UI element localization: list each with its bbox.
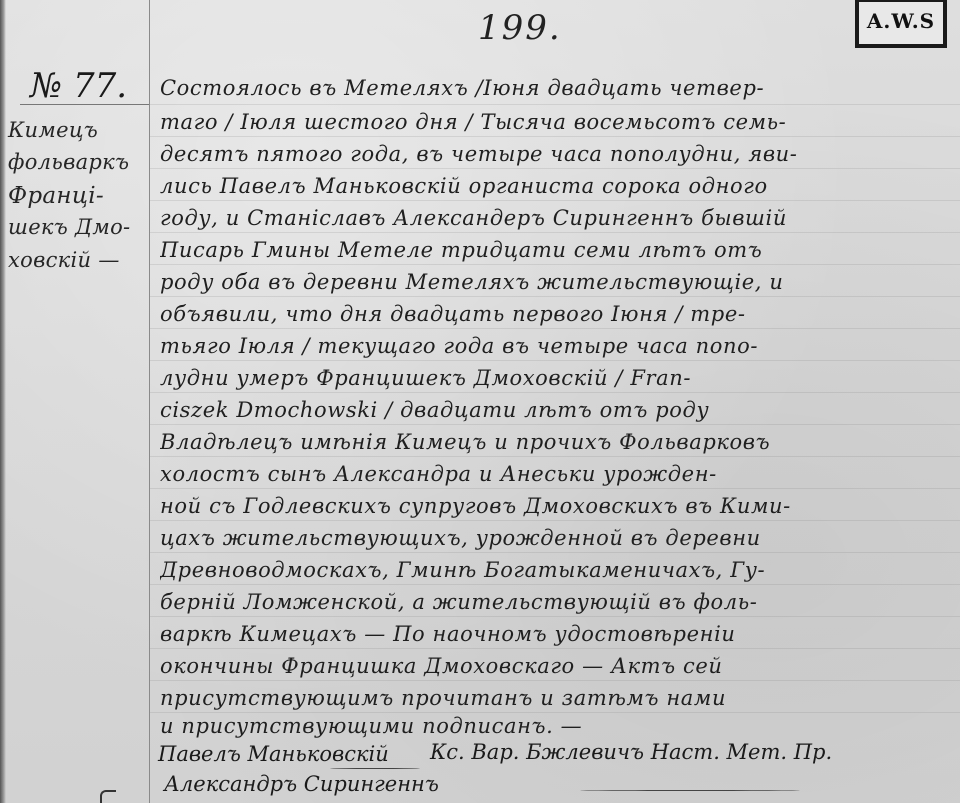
body-line: роду оба въ деревни Метеляхъ жительствую… [160,270,950,294]
body-line: ной съ Годлевскихъ супруговъ Дмоховскихъ… [160,494,950,518]
body-line: таго / Iюля шестого дня / Тысяча восемьс… [160,110,950,134]
body-line: варкѣ Кимецахъ — По наочномъ удостовѣрен… [160,622,950,646]
ruled-line [150,712,960,713]
next-entry-mark [100,790,116,803]
margin-note-line: Францi- [8,183,104,209]
ruled-line [150,392,960,393]
ruled-line [150,264,960,265]
margin-note-line: Кимецъ [8,118,98,142]
ruled-line [150,200,960,201]
ruled-line [150,136,960,137]
margin-note-line: фольваркъ [8,150,129,174]
body-line: Владѣлецъ имѣнiя Кимецъ и прочихъ Фольва… [160,430,950,454]
body-line: ciszek Dmochowski / двадцати лѣтъ отъ ро… [160,398,950,422]
signature-witness-1: Павелъ Маньковскiй [158,742,389,766]
signature-flourish [330,768,420,769]
archive-stamp: A.W.S [855,0,947,48]
ruled-line [150,584,960,585]
margin-note-line: ховскiй — [8,248,120,272]
ruled-line [150,616,960,617]
body-line: присутствующимъ прочитанъ и затѣмъ нами [160,686,950,710]
body-line: бернiй Ломженской, а жительствующiй въ ф… [160,590,950,614]
body-line: и присутствующими подписанъ. — [160,714,950,738]
body-line: холостъ сынъ Александра и Анеськи урожде… [160,462,950,486]
ruled-line [150,104,960,105]
signature-witness-2: Александръ Сирингеннъ [164,772,439,796]
ruled-line [150,552,960,553]
body-line: Состоялось въ Метеляхъ /Iюня двадцать че… [160,76,950,100]
body-line: цахъ жительствующихъ, урожденной въ дере… [160,526,950,550]
margin-rule [149,0,150,803]
body-line: тьяго Iюля / текущаго года въ четыре час… [160,334,950,358]
body-line: объявили, что дня двадцать первого Iюня … [160,302,950,326]
ruled-line [150,328,960,329]
entry-underline [20,104,149,105]
page-number: 199. [478,8,562,48]
margin-note-line: шекъ Дмо- [8,215,130,239]
ruled-line [150,168,960,169]
body-line: лудни умеръ Францишекъ Дмоховскiй / Fran… [160,366,950,390]
register-page: 199. A.W.S № 77. Кимецъ фольваркъ Францi… [0,0,960,803]
body-line: лись Павелъ Маньковскiй органиста сорока… [160,174,950,198]
body-line: Древноводмоскахъ, Гминѣ Богатыкаменичахъ… [160,558,950,582]
ruled-line [150,296,960,297]
page-edge-shadow [0,0,6,803]
entry-number: № 77. [30,66,127,106]
ruled-line [150,648,960,649]
body-line: окончины Францишка Дмоховскаго — Актъ се… [160,654,950,678]
ruled-line [150,520,960,521]
body-line: Писарь Гмины Метеле тридцати семи лѣтъ о… [160,238,950,262]
signature-flourish [580,790,800,791]
ruled-line [150,424,960,425]
body-line: году, и Станiславъ Александеръ Сирингенн… [160,206,950,230]
ruled-line [150,360,960,361]
ruled-line [150,232,960,233]
signature-official: Кс. Вар. Бжлевичъ Наст. Мет. Пр. [430,740,832,764]
ruled-line [150,456,960,457]
body-line: десятъ пятого года, въ четыре часа попол… [160,142,950,166]
stamp-text: A.W.S [867,9,935,33]
ruled-line [150,680,960,681]
ruled-line [150,488,960,489]
